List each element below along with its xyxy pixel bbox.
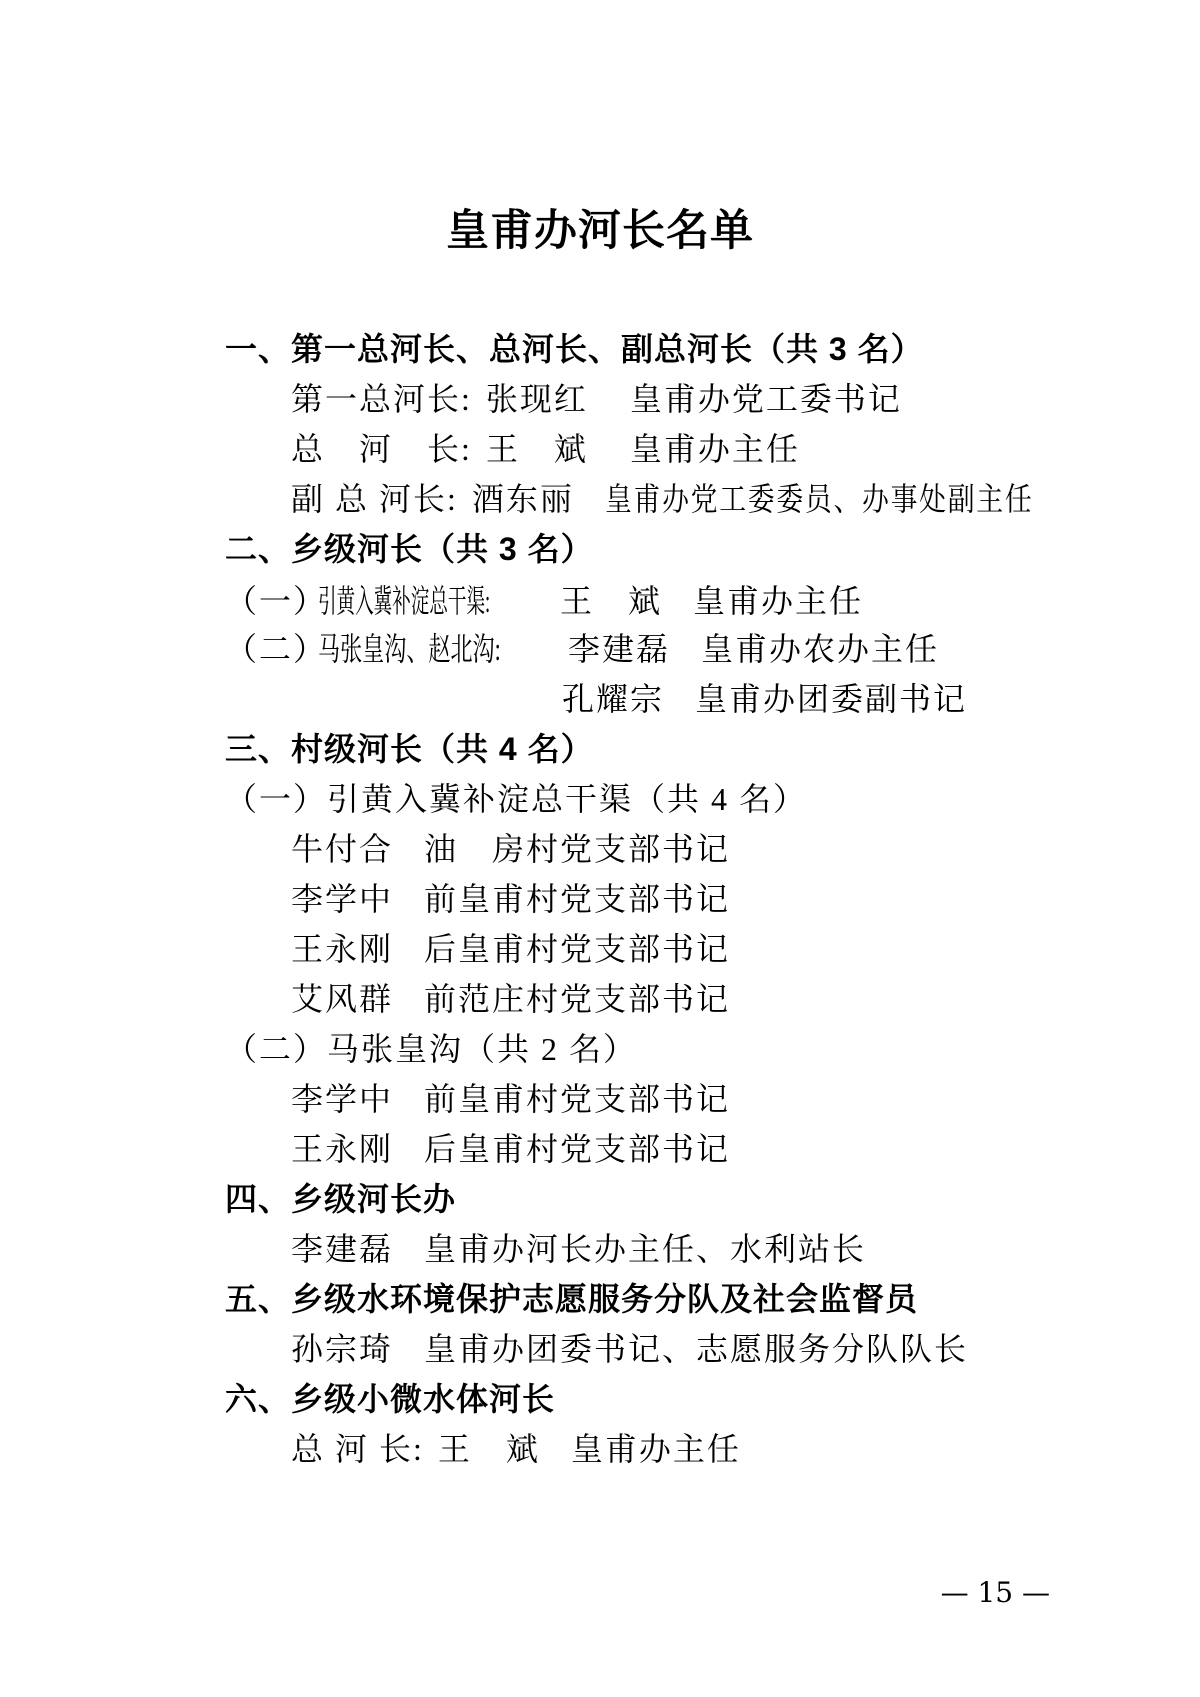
village-group-1-subheading: （一）引黄入冀补淀总干渠（共 4 名） bbox=[225, 781, 807, 817]
person-name: 王 斌 bbox=[486, 431, 588, 467]
person-name: 王 斌 bbox=[560, 583, 662, 619]
chief-entry-deputy-general: 副 总 河长:酒东丽皇甫办党工委委员、办事处副主任 bbox=[291, 481, 1115, 517]
person-name: 王 斌 bbox=[438, 1431, 540, 1467]
person-name: 孙宗琦 bbox=[291, 1331, 393, 1367]
section-5-heading: 五、乡级水环境保护志愿服务分队及社会监督员 bbox=[225, 1281, 918, 1317]
person-title: 皇甫办主任 bbox=[693, 583, 863, 619]
person-title: 皇甫办农办主任 bbox=[701, 631, 939, 667]
person-name: 李建磊 bbox=[568, 631, 670, 667]
small-water-chief-entry: 总 河 长:王 斌皇甫办主任 bbox=[291, 1431, 741, 1467]
person-title: 皇甫办主任 bbox=[571, 1431, 741, 1467]
entry-person: 李建磊皇甫办农办主任 bbox=[568, 631, 939, 667]
document-title: 皇甫办河长名单 bbox=[0, 207, 1200, 257]
person-name: 王永刚 bbox=[291, 1131, 393, 1167]
township-river-entry-continuation: 孔耀宗皇甫办团委副书记 bbox=[562, 681, 967, 717]
section-6-heading: 六、乡级小微水体河长 bbox=[225, 1381, 555, 1417]
township-river-entry-1: （一）引黄入冀补淀总干渠:王 斌皇甫办主任 bbox=[225, 583, 327, 619]
village-member: 王永刚后皇甫村党支部书记 bbox=[291, 931, 730, 967]
item-prefix: （二） bbox=[225, 631, 327, 667]
chief-entry-general: 总 河 长:王 斌皇甫办主任 bbox=[291, 431, 800, 467]
village-member: 牛付合油 房村党支部书记 bbox=[291, 831, 730, 867]
document-page: 皇甫办河长名单 一、第一总河长、总河长、副总河长（共 3 名） 第一总河长:张现… bbox=[0, 0, 1200, 1697]
village-member: 李学中前皇甫村党支部书记 bbox=[291, 881, 730, 917]
person-title: 皇甫办团委书记、志愿服务分队队长 bbox=[424, 1331, 968, 1367]
person-name: 张现红 bbox=[486, 381, 588, 417]
person-title: 前范庄村党支部书记 bbox=[424, 981, 730, 1017]
village-member: 艾风群前范庄村党支部书记 bbox=[291, 981, 730, 1017]
section-2-heading: 二、乡级河长（共 3 名） bbox=[225, 531, 594, 567]
person-name: 牛付合 bbox=[291, 831, 393, 867]
role-label: 第一总河长: bbox=[291, 381, 472, 417]
river-name-label: 引黄入冀补淀总干渠: bbox=[318, 583, 490, 619]
role-label: 副 总 河长: bbox=[291, 481, 458, 517]
person-title: 皇甫办河长办主任、水利站长 bbox=[424, 1231, 866, 1267]
river-name-label: 马张皇沟、赵北沟: bbox=[318, 631, 501, 667]
village-group-2-subheading: （二）马张皇沟（共 2 名） bbox=[225, 1031, 637, 1067]
person-name: 艾风群 bbox=[291, 981, 393, 1017]
person-title: 后皇甫村党支部书记 bbox=[424, 1131, 730, 1167]
person-title: 油 房村党支部书记 bbox=[424, 831, 730, 867]
chief-entry-first-general: 第一总河长:张现红皇甫办党工委书记 bbox=[291, 381, 902, 417]
entry-person: 王 斌皇甫办主任 bbox=[560, 583, 863, 619]
village-member: 李学中前皇甫村党支部书记 bbox=[291, 1081, 730, 1117]
office-member: 李建磊皇甫办河长办主任、水利站长 bbox=[291, 1231, 866, 1267]
item-prefix: （一） bbox=[225, 583, 327, 619]
person-title: 皇甫办党工委书记 bbox=[630, 381, 902, 417]
section-3-heading: 三、村级河长（共 4 名） bbox=[225, 731, 594, 767]
person-name: 李建磊 bbox=[291, 1231, 393, 1267]
person-name: 王永刚 bbox=[291, 931, 393, 967]
role-label: 总 河 长: bbox=[291, 431, 472, 467]
section-1-heading: 一、第一总河长、总河长、副总河长（共 3 名） bbox=[225, 331, 924, 367]
person-title: 前皇甫村党支部书记 bbox=[424, 1081, 730, 1117]
section-4-heading: 四、乡级河长办 bbox=[225, 1181, 456, 1217]
person-name: 李学中 bbox=[291, 1081, 393, 1117]
person-title: 前皇甫村党支部书记 bbox=[424, 881, 730, 917]
role-label: 总 河 长: bbox=[291, 1431, 424, 1467]
person-name: 孔耀宗 bbox=[562, 681, 664, 717]
person-name: 酒东丽 bbox=[472, 481, 574, 517]
person-title: 皇甫办主任 bbox=[630, 431, 800, 467]
volunteer-member: 孙宗琦皇甫办团委书记、志愿服务分队队长 bbox=[291, 1331, 968, 1367]
person-title: 皇甫办团委副书记 bbox=[695, 681, 967, 717]
page-number: — 15 — bbox=[941, 1576, 1050, 1610]
person-title: 皇甫办党工委委员、办事处副主任 bbox=[605, 481, 1033, 517]
person-title: 后皇甫村党支部书记 bbox=[424, 931, 730, 967]
person-name: 李学中 bbox=[291, 881, 393, 917]
township-river-entry-2: （二）马张皇沟、赵北沟:李建磊皇甫办农办主任 bbox=[225, 631, 327, 667]
village-member: 王永刚后皇甫村党支部书记 bbox=[291, 1131, 730, 1167]
